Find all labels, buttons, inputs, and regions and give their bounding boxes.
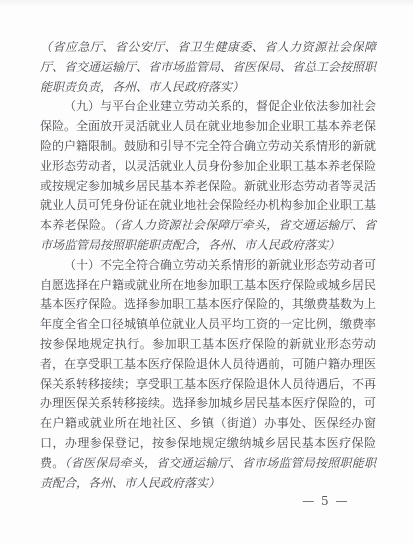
item-10-body-text: （十）不完全符合确立劳动关系情形的新就业形态劳动者可自愿选择在户籍或就业所在地参… [40,258,376,470]
attribution-text: （省应急厅、省公安厅、省卫生健康委、省人力资源社会保障厅、省交通运输厅、省市场监… [40,40,376,94]
document-body: （省应急厅、省公安厅、省卫生健康委、省人力资源社会保障厅、省交通运输厅、省市场监… [40,38,376,493]
item-10-attribution-text: （省医保局牵头，省交通运输厅、省市场监管局按照职能职责配合，各州、市人民政府落实… [40,456,376,490]
document-page: （省应急厅、省公安厅、省卫生健康委、省人力资源社会保障厅、省交通运输厅、省市场监… [0,0,413,544]
page-number: — 5 — [302,495,349,507]
paragraph-item-10: （十）不完全符合确立劳动关系情形的新就业形态劳动者可自愿选择在户籍或就业所在地参… [40,256,376,494]
paragraph-item-9: （九）与平台企业建立劳动关系的，督促企业依法参加社会保险。全面放开灵活就业人员在… [40,97,376,255]
page-number-text: — 5 — [302,494,349,508]
paragraph-attribution-continuation: （省应急厅、省公安厅、省卫生健康委、省人力资源社会保障厅、省交通运输厅、省市场监… [40,38,376,97]
item-9-body-text: （九）与平台企业建立劳动关系的，督促企业依法参加社会保险。全面放开灵活就业人员在… [40,99,376,232]
